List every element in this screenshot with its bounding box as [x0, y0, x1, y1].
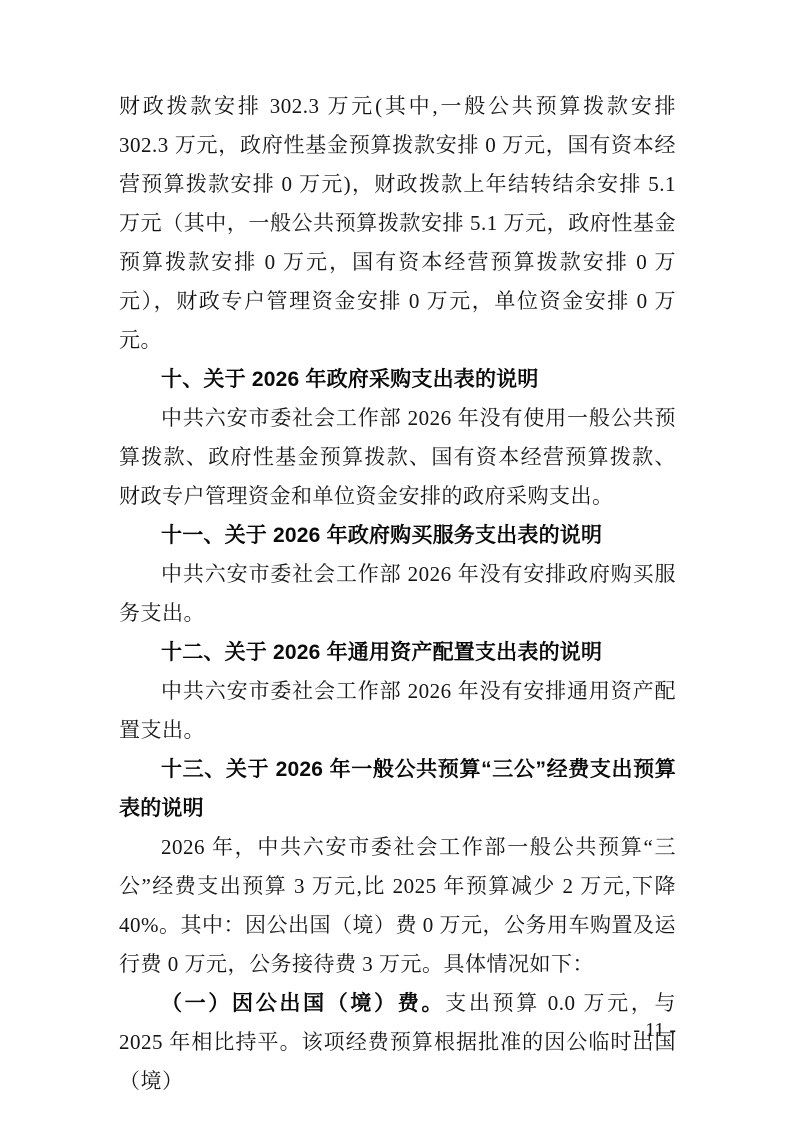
page-footer: - 11 -: [119, 1016, 676, 1044]
paragraph-section-12-body: 中共六安市委社会工作部 2026 年没有安排通用资产配置支出。: [119, 672, 676, 750]
page-number: - 11 -: [633, 1019, 676, 1041]
section-heading-12-general-asset-allocation: 十二、关于 2026 年通用资产配置支出表的说明: [119, 633, 676, 672]
item-1-lead-label: （一）因公出国（境）费。: [161, 992, 445, 1015]
document-body: 财政拨款安排 302.3 万元(其中,一般公共预算拨款安排 302.3 万元，政…: [119, 87, 676, 1101]
paragraph-section-13-overview: 2026 年，中共六安市委社会工作部一般公共预算“三公”经费支出预算 3 万元,…: [119, 828, 676, 984]
paragraph-section-10-body: 中共六安市委社会工作部 2026 年没有使用一般公共预算拨款、政府性基金预算拨款…: [119, 399, 676, 516]
section-heading-13-three-public-expenses: 十三、关于 2026 年一般公共预算“三公”经费支出预算表的说明: [119, 750, 676, 828]
section-heading-11-purchased-services: 十一、关于 2026 年政府购买服务支出表的说明: [119, 516, 676, 555]
section-heading-10-government-procurement: 十、关于 2026 年政府采购支出表的说明: [119, 360, 676, 399]
paragraph-fiscal-appropriation-continuation: 财政拨款安排 302.3 万元(其中,一般公共预算拨款安排 302.3 万元，政…: [119, 87, 676, 360]
paragraph-section-11-body: 中共六安市委社会工作部 2026 年没有安排政府购买服务支出。: [119, 555, 676, 633]
document-page: 财政拨款安排 302.3 万元(其中,一般公共预算拨款安排 302.3 万元，政…: [0, 0, 793, 1122]
